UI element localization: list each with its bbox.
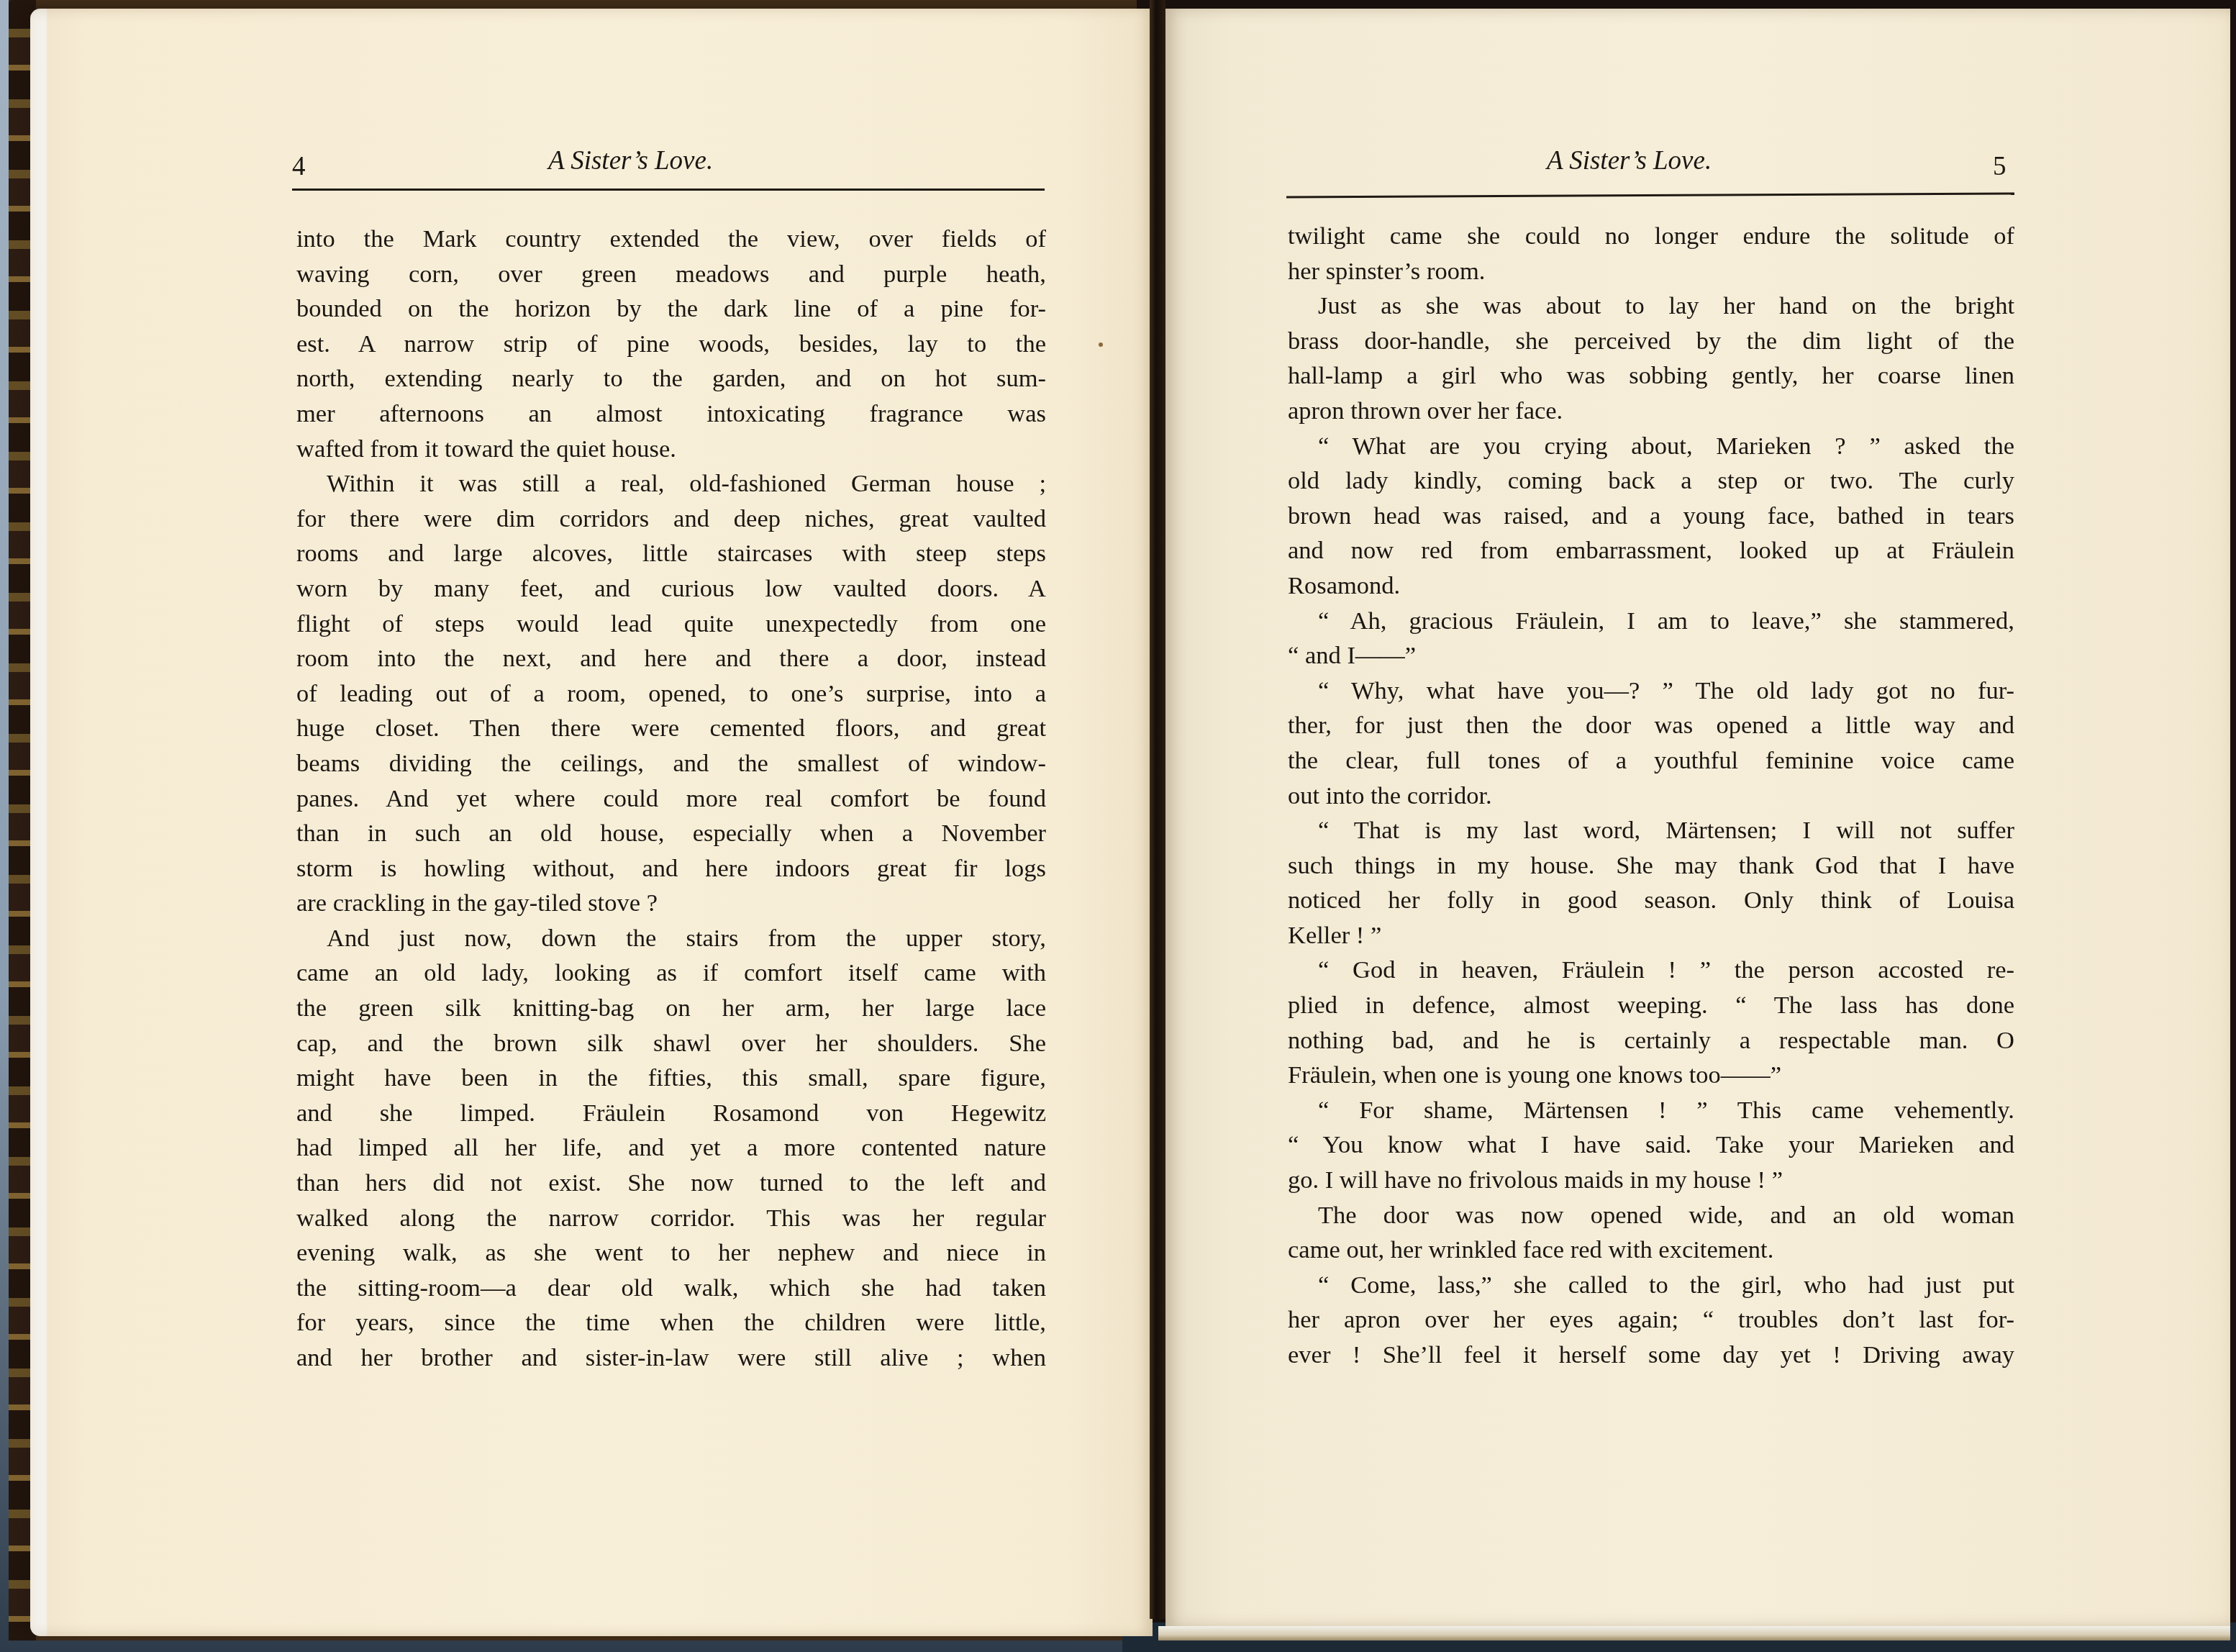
text-line: worn by many feet, and curious low vault… bbox=[296, 571, 1046, 607]
text-line: and now red from embarrassment, looked u… bbox=[1288, 533, 2014, 568]
text-line: such things in my house. She may thank G… bbox=[1288, 848, 2014, 884]
text-line: Within it was still a real, old-fashione… bbox=[296, 466, 1046, 501]
text-line: “ Come, lass,” she called to the girl, w… bbox=[1288, 1268, 2014, 1303]
header-rule bbox=[1286, 193, 2014, 199]
text-line: had limped all her life, and yet a more … bbox=[296, 1130, 1046, 1166]
text-line: “ You know what I have said. Take your M… bbox=[1288, 1127, 2014, 1163]
text-line: cap, and the brown silk shawl over her s… bbox=[296, 1026, 1046, 1061]
left-page: 4 A Sister’s Love. into the Mark country… bbox=[30, 9, 1153, 1636]
text-line: room into the next, and here and there a… bbox=[296, 641, 1046, 676]
text-line: than hers did not exist. She now turned … bbox=[296, 1166, 1046, 1201]
right-body-text: twilight came she could no longer endure… bbox=[1288, 219, 2014, 1373]
text-line: might have been in the fifties, this sma… bbox=[296, 1061, 1046, 1096]
paper-speck bbox=[1099, 342, 1103, 347]
text-line: the green silk knitting-bag on her arm, … bbox=[296, 991, 1046, 1026]
text-line: her apron over her eyes again; “ trouble… bbox=[1288, 1302, 2014, 1338]
text-line: brown head was raised, and a young face,… bbox=[1288, 499, 2014, 534]
right-running-head: A Sister’s Love. 5 bbox=[1165, 145, 2230, 186]
text-line: noticed her folly in good season. Only t… bbox=[1288, 883, 2014, 918]
text-line: And just now, down the stairs from the u… bbox=[296, 921, 1046, 956]
text-line: Just as she was about to lay her hand on… bbox=[1288, 289, 2014, 324]
text-line: came out, her wrinkled face red with exc… bbox=[1288, 1233, 2014, 1268]
text-line: mer afternoons an almost intoxicating fr… bbox=[296, 396, 1046, 432]
text-line: of leading out of a room, opened, to one… bbox=[296, 676, 1046, 712]
text-line: “ God in heaven, Fräulein ! ” the person… bbox=[1288, 953, 2014, 988]
text-line: came an old lady, looking as if comfort … bbox=[296, 956, 1046, 991]
text-line: rooms and large alcoves, little staircas… bbox=[296, 536, 1046, 571]
text-line: wafted from it toward the quiet house. bbox=[296, 432, 1046, 467]
text-line: brass door-handle, she perceived by the … bbox=[1288, 324, 2014, 359]
text-line: her spinster’s room. bbox=[1288, 254, 2014, 289]
text-line: panes. And yet where could more real com… bbox=[296, 781, 1046, 817]
running-head-title: A Sister’s Love. bbox=[548, 145, 713, 176]
page-number: 5 bbox=[1993, 151, 2007, 182]
text-line: ever ! She’ll feel it herself some day y… bbox=[1288, 1338, 2014, 1373]
text-line: for years, since the time when the child… bbox=[296, 1305, 1046, 1340]
text-line: than in such an old house, especially wh… bbox=[296, 816, 1046, 851]
text-line: and she limped. Fräulein Rosamond von He… bbox=[296, 1096, 1046, 1131]
header-rule bbox=[292, 189, 1045, 191]
text-line: ther, for just then the door was opened … bbox=[1288, 708, 2014, 743]
text-line: “ Ah, gracious Fräulein, I am to leave,”… bbox=[1288, 604, 2014, 639]
text-line: “ For shame, Märtensen ! ” This came veh… bbox=[1288, 1093, 2014, 1128]
text-line: “ Why, what have you—? ” The old lady go… bbox=[1288, 673, 2014, 709]
text-line: nothing bad, and he is certainly a respe… bbox=[1288, 1023, 2014, 1058]
text-line: north, extending nearly to the garden, a… bbox=[296, 361, 1046, 396]
text-line: and her brother and sister-in-law were s… bbox=[296, 1340, 1046, 1376]
text-line: est. A narrow strip of pine woods, besid… bbox=[296, 327, 1046, 362]
text-line: huge closet. Then there were cemented fl… bbox=[296, 711, 1046, 746]
text-line: beams dividing the ceilings, and the sma… bbox=[296, 746, 1046, 781]
text-line: Fräulein, when one is young one knows to… bbox=[1288, 1058, 2014, 1093]
right-page: A Sister’s Love. 5 twilight came she cou… bbox=[1165, 9, 2230, 1628]
text-line: flight of steps would lead quite unexpec… bbox=[296, 607, 1046, 642]
text-line: into the Mark country extended the view,… bbox=[296, 222, 1046, 257]
text-line: storm is howling without, and here indoo… bbox=[296, 851, 1046, 886]
text-line: twilight came she could no longer endure… bbox=[1288, 219, 2014, 254]
running-head-title: A Sister’s Love. bbox=[1547, 145, 1712, 176]
text-line: “ What are you crying about, Marieken ? … bbox=[1288, 429, 2014, 464]
book-gutter bbox=[1150, 0, 1165, 1619]
text-line: apron thrown over her face. bbox=[1288, 394, 2014, 429]
text-line: the clear, full tones of a youthful femi… bbox=[1288, 743, 2014, 779]
text-line: Keller ! ” bbox=[1288, 918, 2014, 953]
text-line: for there were dim corridors and deep ni… bbox=[296, 501, 1046, 537]
text-line: “ and I——” bbox=[1288, 638, 2014, 673]
text-line: out into the corridor. bbox=[1288, 779, 2014, 814]
text-line: bounded on the horizon by the dark line … bbox=[296, 291, 1046, 327]
text-line: Rosamond. bbox=[1288, 568, 2014, 604]
text-line: walked along the narrow corridor. This w… bbox=[296, 1201, 1046, 1236]
left-body-text: into the Mark country extended the view,… bbox=[296, 222, 1046, 1376]
text-line: The door was now opened wide, and an old… bbox=[1288, 1198, 2014, 1233]
text-line: the sitting-room—a dear old walk, which … bbox=[296, 1271, 1046, 1306]
left-running-head: 4 A Sister’s Love. bbox=[30, 145, 1153, 186]
text-line: go. I will have no frivolous maids in my… bbox=[1288, 1163, 2014, 1198]
page-number: 4 bbox=[292, 151, 306, 182]
text-line: are crackling in the gay-tiled stove ? bbox=[296, 886, 1046, 921]
text-line: plied in defence, almost weeping. “ The … bbox=[1288, 988, 2014, 1023]
text-line: evening walk, as she went to her nephew … bbox=[296, 1235, 1046, 1271]
text-line: “ That is my last word, Märtensen; I wil… bbox=[1288, 813, 2014, 848]
text-line: waving corn, over green meadows and purp… bbox=[296, 257, 1046, 292]
text-line: old lady kindly, coming back a step or t… bbox=[1288, 463, 2014, 499]
text-line: hall-lamp a girl who was sobbing gently,… bbox=[1288, 358, 2014, 394]
